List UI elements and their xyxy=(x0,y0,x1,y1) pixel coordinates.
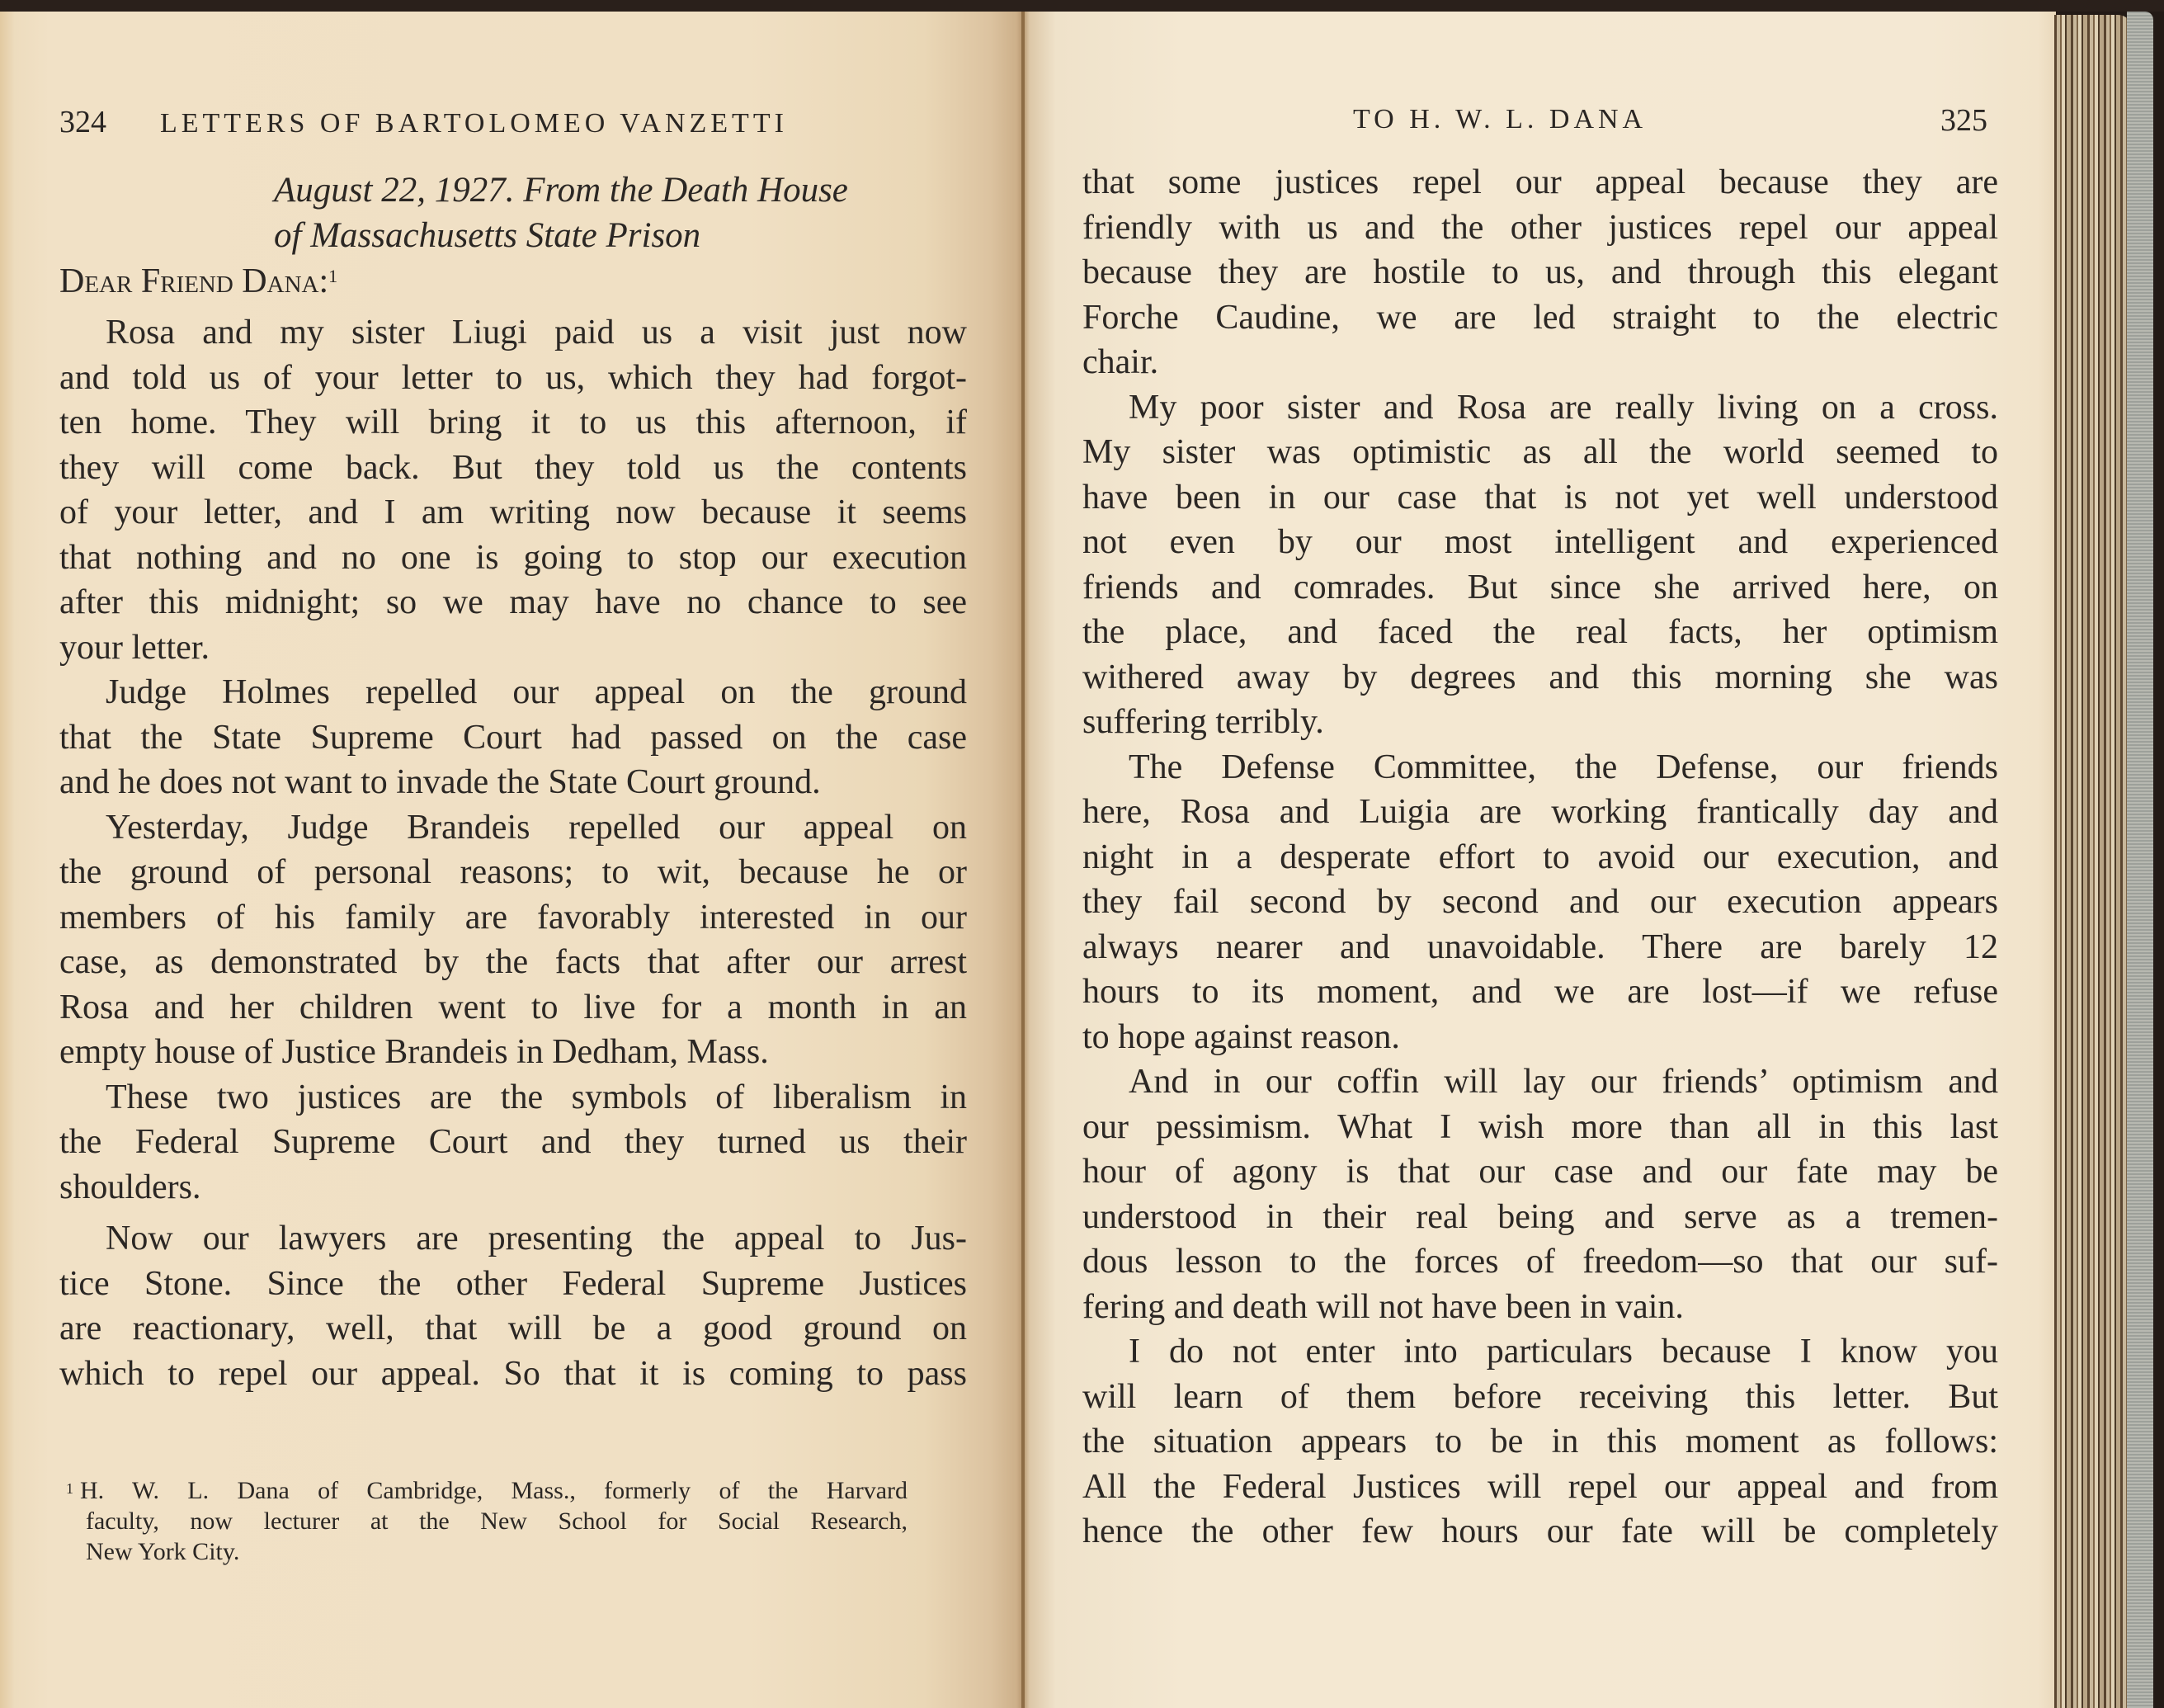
left-running-head-title: LETTERS OF BARTOLOMEO VANZETTI xyxy=(160,108,788,139)
left-running-head: 324 LETTERS OF BARTOLOMEO VANZETTI xyxy=(59,104,788,140)
text-line: the ground of personal reasons; to wit, … xyxy=(59,850,967,895)
footnote-line: 1H. W. L. Dana of Cambridge, Mass., form… xyxy=(66,1475,908,1506)
text-line: which to repel our appeal. So that it is… xyxy=(59,1352,967,1397)
footnote-mark: 1 xyxy=(66,1480,73,1497)
open-book: 324 LETTERS OF BARTOLOMEO VANZETTI Augus… xyxy=(0,0,2164,1708)
salutation-line: Dear Friend Dana:1 xyxy=(59,259,967,304)
text-line: not even by our most intelligent and exp… xyxy=(1082,520,1998,565)
right-body-text: that some justices repel our appeal beca… xyxy=(1082,160,1998,1555)
text-line: My poor sister and Rosa are really livin… xyxy=(1082,385,1998,431)
text-line: night in a desperate effort to avoid our… xyxy=(1082,835,1998,880)
text-line: ten home. They will bring it to us this … xyxy=(59,400,967,446)
text-line: withered away by degrees and this mornin… xyxy=(1082,655,1998,701)
text-line: hence the other few hours our fate will … xyxy=(1082,1509,1998,1555)
text-line: our pessimism. What I wish more than all… xyxy=(1082,1105,1998,1150)
text-line: and he does not want to invade the State… xyxy=(59,760,967,805)
text-line: Forche Caudine, we are led straight to t… xyxy=(1082,295,1998,341)
top-background-shadow xyxy=(0,0,2164,12)
text-line: the situation appears to be in this mome… xyxy=(1082,1419,1998,1465)
text-line: These two justices are the symbols of li… xyxy=(59,1075,967,1121)
text-line: of your letter, and I am writing now bec… xyxy=(59,490,967,536)
text-line: that nothing and no one is going to stop… xyxy=(59,536,967,581)
text-line: your letter. xyxy=(59,625,967,671)
text-line: because they are hostile to us, and thro… xyxy=(1082,250,1998,295)
text-line: and told us of your letter to us, which … xyxy=(59,356,967,401)
text-line: All the Federal Justices will repel our … xyxy=(1082,1465,1998,1510)
text-line: will learn of them before receiving this… xyxy=(1082,1375,1998,1420)
text-line: they fail second by second and our execu… xyxy=(1082,880,1998,925)
text-line: Yesterday, Judge Brandeis repelled our a… xyxy=(59,805,967,851)
footnote: 1H. W. L. Dana of Cambridge, Mass., form… xyxy=(66,1475,908,1567)
left-page-number: 324 xyxy=(59,105,106,139)
text-line: suffering terribly. xyxy=(1082,700,1998,745)
text-line: Rosa and her children went to live for a… xyxy=(59,985,967,1031)
book-gutter xyxy=(1021,7,1025,1708)
text-line: the place, and faced the real facts, her… xyxy=(1082,610,1998,655)
footnote-text: H. W. L. Dana of Cambridge, Mass., forme… xyxy=(80,1477,908,1504)
right-page: TO H. W. L. DANA 325 that some justices … xyxy=(1023,7,2056,1708)
text-line: here, Rosa and Luigia are working franti… xyxy=(1082,790,1998,835)
text-line: empty house of Justice Brandeis in Dedha… xyxy=(59,1030,967,1075)
text-line: that the State Supreme Court had passed … xyxy=(59,715,967,761)
right-running-head-title: TO H. W. L. DANA xyxy=(1353,104,1647,135)
page-edges xyxy=(2054,15,2133,1708)
text-line: members of his family are favorably inte… xyxy=(59,895,967,941)
text-line: Rosa and my sister Liugi paid us a visit… xyxy=(59,310,967,356)
text-line: that some justices repel our appeal beca… xyxy=(1082,160,1998,205)
text-line: friendly with us and the other justices … xyxy=(1082,205,1998,251)
left-body-text: Rosa and my sister Liugi paid us a visit… xyxy=(59,310,967,1396)
salutation-block: Dear Friend Dana:1 xyxy=(59,259,967,304)
text-line: after this midnight; so we may have no c… xyxy=(59,580,967,625)
salutation: Dear Friend Dana: xyxy=(59,262,328,300)
text-line: Now our lawyers are presenting the appea… xyxy=(59,1216,967,1262)
text-line: always nearer and unavoidable. There are… xyxy=(1082,925,1998,970)
footnote-line: New York City. xyxy=(66,1536,908,1567)
dateline-line: of Massachusetts State Prison xyxy=(274,214,967,259)
text-line: hour of agony is that our case and our f… xyxy=(1082,1149,1998,1195)
footnote-reference: 1 xyxy=(328,266,337,286)
text-line: I do not enter into particulars because … xyxy=(1082,1329,1998,1375)
text-line: friends and comrades. But since she arri… xyxy=(1082,565,1998,611)
dateline-line: August 22, 1927. From the Death House xyxy=(274,168,967,214)
book-cover-cloth xyxy=(2127,12,2153,1708)
text-line: Judge Holmes repelled our appeal on the … xyxy=(59,670,967,715)
text-line: dous lesson to the forces of freedom—so … xyxy=(1082,1239,1998,1285)
text-line: tice Stone. Since the other Federal Supr… xyxy=(59,1262,967,1307)
text-line: case, as demonstrated by the facts that … xyxy=(59,940,967,985)
dateline: August 22, 1927. From the Death House of… xyxy=(274,168,967,258)
text-line: hours to its moment, and we are lost—if … xyxy=(1082,970,1998,1015)
text-line: And in our coffin will lay our friends’ … xyxy=(1082,1059,1998,1105)
text-line: have been in our case that is not yet we… xyxy=(1082,475,1998,521)
text-line: chair. xyxy=(1082,340,1998,385)
text-line: they will come back. But they told us th… xyxy=(59,446,967,491)
text-line: understood in their real being and serve… xyxy=(1082,1195,1998,1240)
text-line: fering and death will not have been in v… xyxy=(1082,1285,1998,1330)
right-page-number: 325 xyxy=(1940,102,1987,139)
text-line: are reactionary, well, that will be a go… xyxy=(59,1306,967,1352)
text-line: shoulders. xyxy=(59,1165,967,1210)
text-line: to hope against reason. xyxy=(1082,1015,1998,1060)
text-line: My sister was optimistic as all the worl… xyxy=(1082,430,1998,475)
text-line: the Federal Supreme Court and they turne… xyxy=(59,1120,967,1165)
footnote-line: faculty, now lecturer at the New School … xyxy=(66,1506,908,1536)
text-line: The Defense Committee, the Defense, our … xyxy=(1082,745,1998,790)
left-page: 324 LETTERS OF BARTOLOMEO VANZETTI Augus… xyxy=(0,7,1023,1708)
